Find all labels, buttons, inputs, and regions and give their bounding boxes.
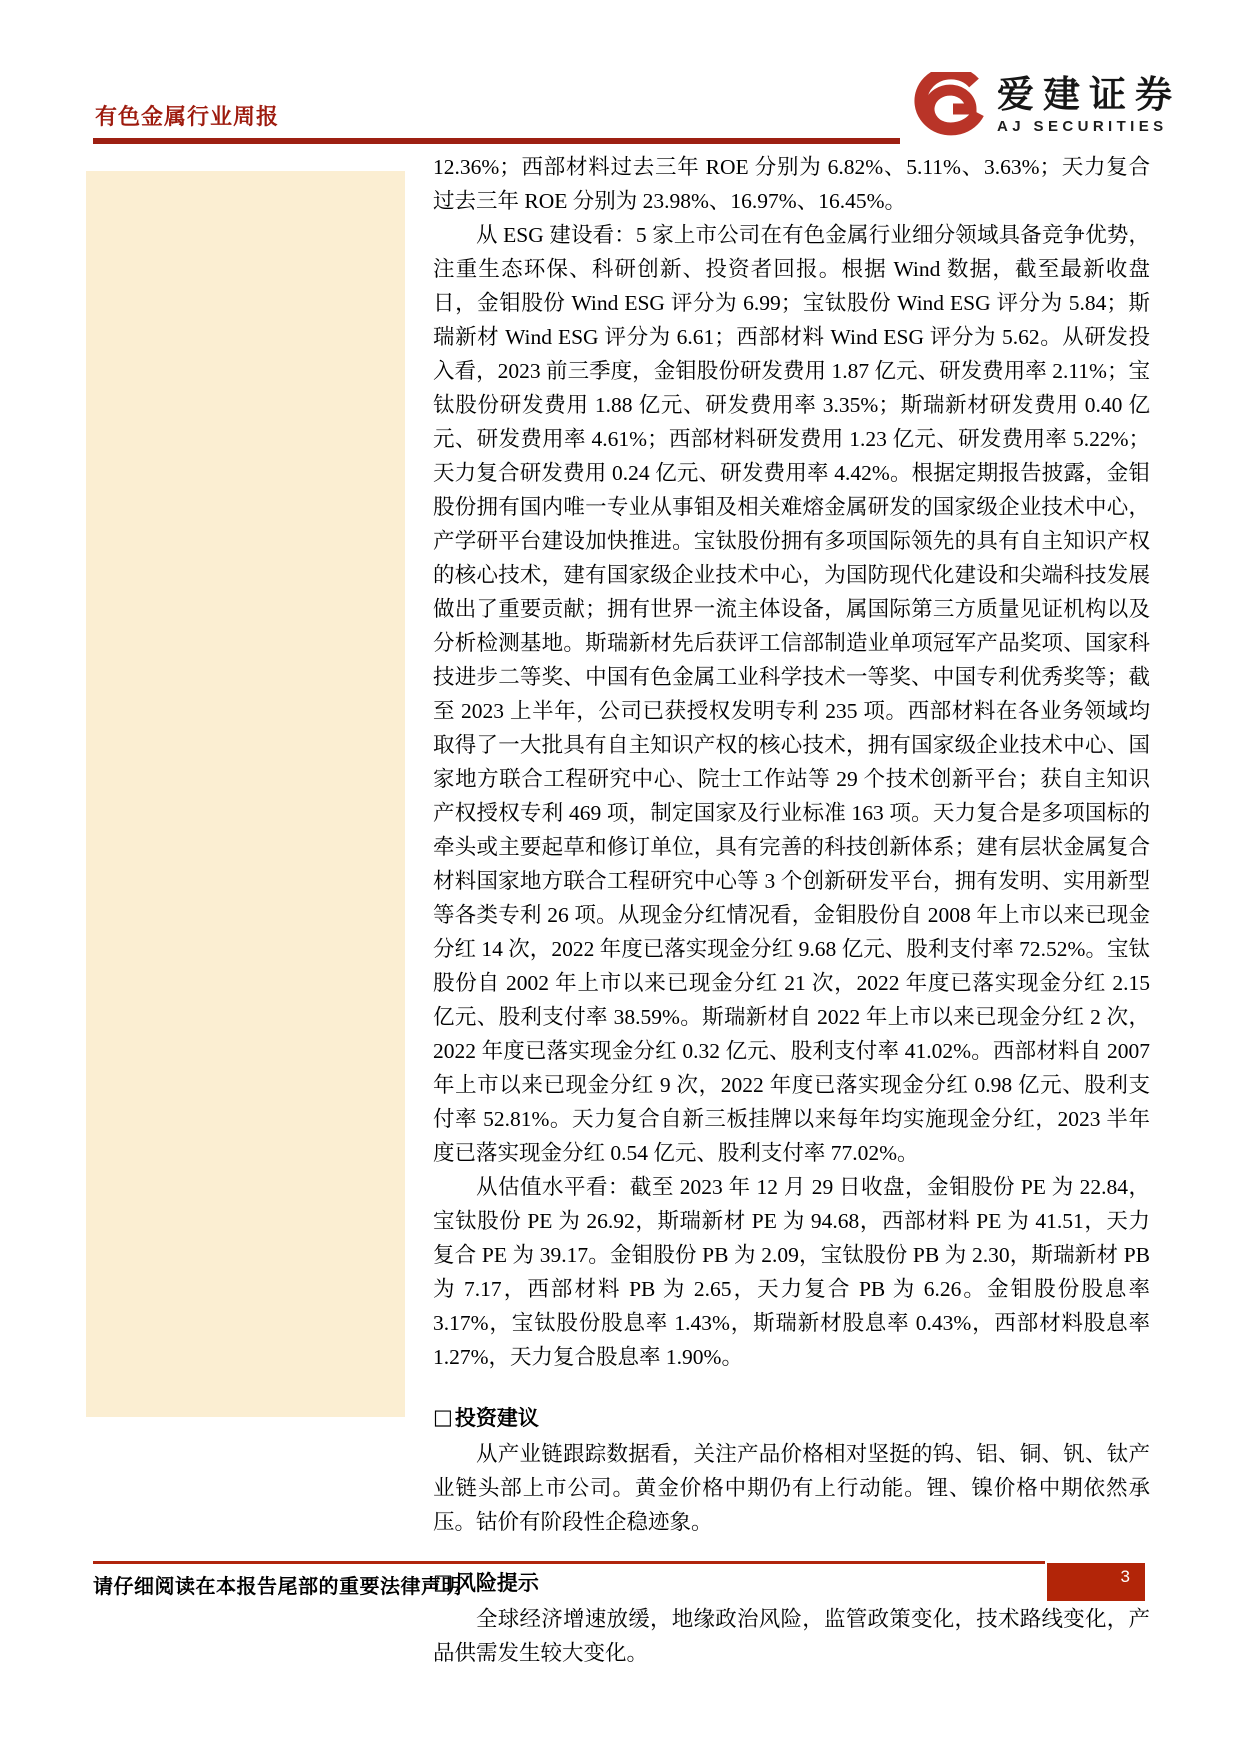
- section-heading-label: 投资建议: [455, 1407, 539, 1430]
- square-bullet-icon: □: [433, 1400, 453, 1434]
- brand-name-cn: 爱建证券: [997, 77, 1181, 116]
- section-heading-label: 风险提示: [455, 1572, 539, 1595]
- brand-text: 爱建证券 AJ SECURITIES: [997, 77, 1181, 136]
- report-body: 12.36%；西部材料过去三年 ROE 分别为 6.82%、5.11%、3.63…: [433, 150, 1150, 1670]
- page-number: 3: [1121, 1567, 1130, 1587]
- section-paragraph-risk-warning: 全球经济增速放缓，地缘政治风险，监管政策变化，技术路线变化，产品供需发生较大变化…: [433, 1602, 1150, 1670]
- section-heading-investment-advice: □投资建议: [433, 1401, 1150, 1436]
- page-number-badge: 3: [1047, 1563, 1145, 1601]
- body-paragraph-esg-dividend: 从 ESG 建设看：5 家上市公司在有色金属行业细分领域具备竞争优势，注重生态环…: [433, 218, 1150, 1170]
- report-page: 有色金属行业周报 爱建证券 AJ SECURITIES 12.36%；西部材料过…: [0, 0, 1240, 1754]
- body-paragraph-valuation: 从估值水平看：截至 2023 年 12 月 29 日收盘，金钼股份 PE 为 2…: [433, 1170, 1150, 1374]
- body-paragraph-roe: 12.36%；西部材料过去三年 ROE 分别为 6.82%、5.11%、3.63…: [433, 150, 1150, 218]
- footer-disclaimer: 请仔细阅读在本报告尾部的重要法律声明: [93, 1570, 462, 1599]
- header-divider: [93, 138, 900, 144]
- brand-name-en: AJ SECURITIES: [997, 118, 1181, 135]
- brand-logo: 爱建证券 AJ SECURITIES: [912, 72, 1181, 140]
- section-heading-risk-warning: □风险提示: [433, 1566, 1150, 1601]
- report-type-title: 有色金属行业周报: [95, 100, 279, 131]
- aj-securities-logo-icon: [912, 72, 988, 140]
- summary-side-panel: [86, 171, 405, 1417]
- section-paragraph-investment-advice: 从产业链跟踪数据看，关注产品价格相对坚挺的钨、铝、铜、钒、钛产业链头部上市公司。…: [433, 1437, 1150, 1539]
- footer-divider: [93, 1561, 1045, 1564]
